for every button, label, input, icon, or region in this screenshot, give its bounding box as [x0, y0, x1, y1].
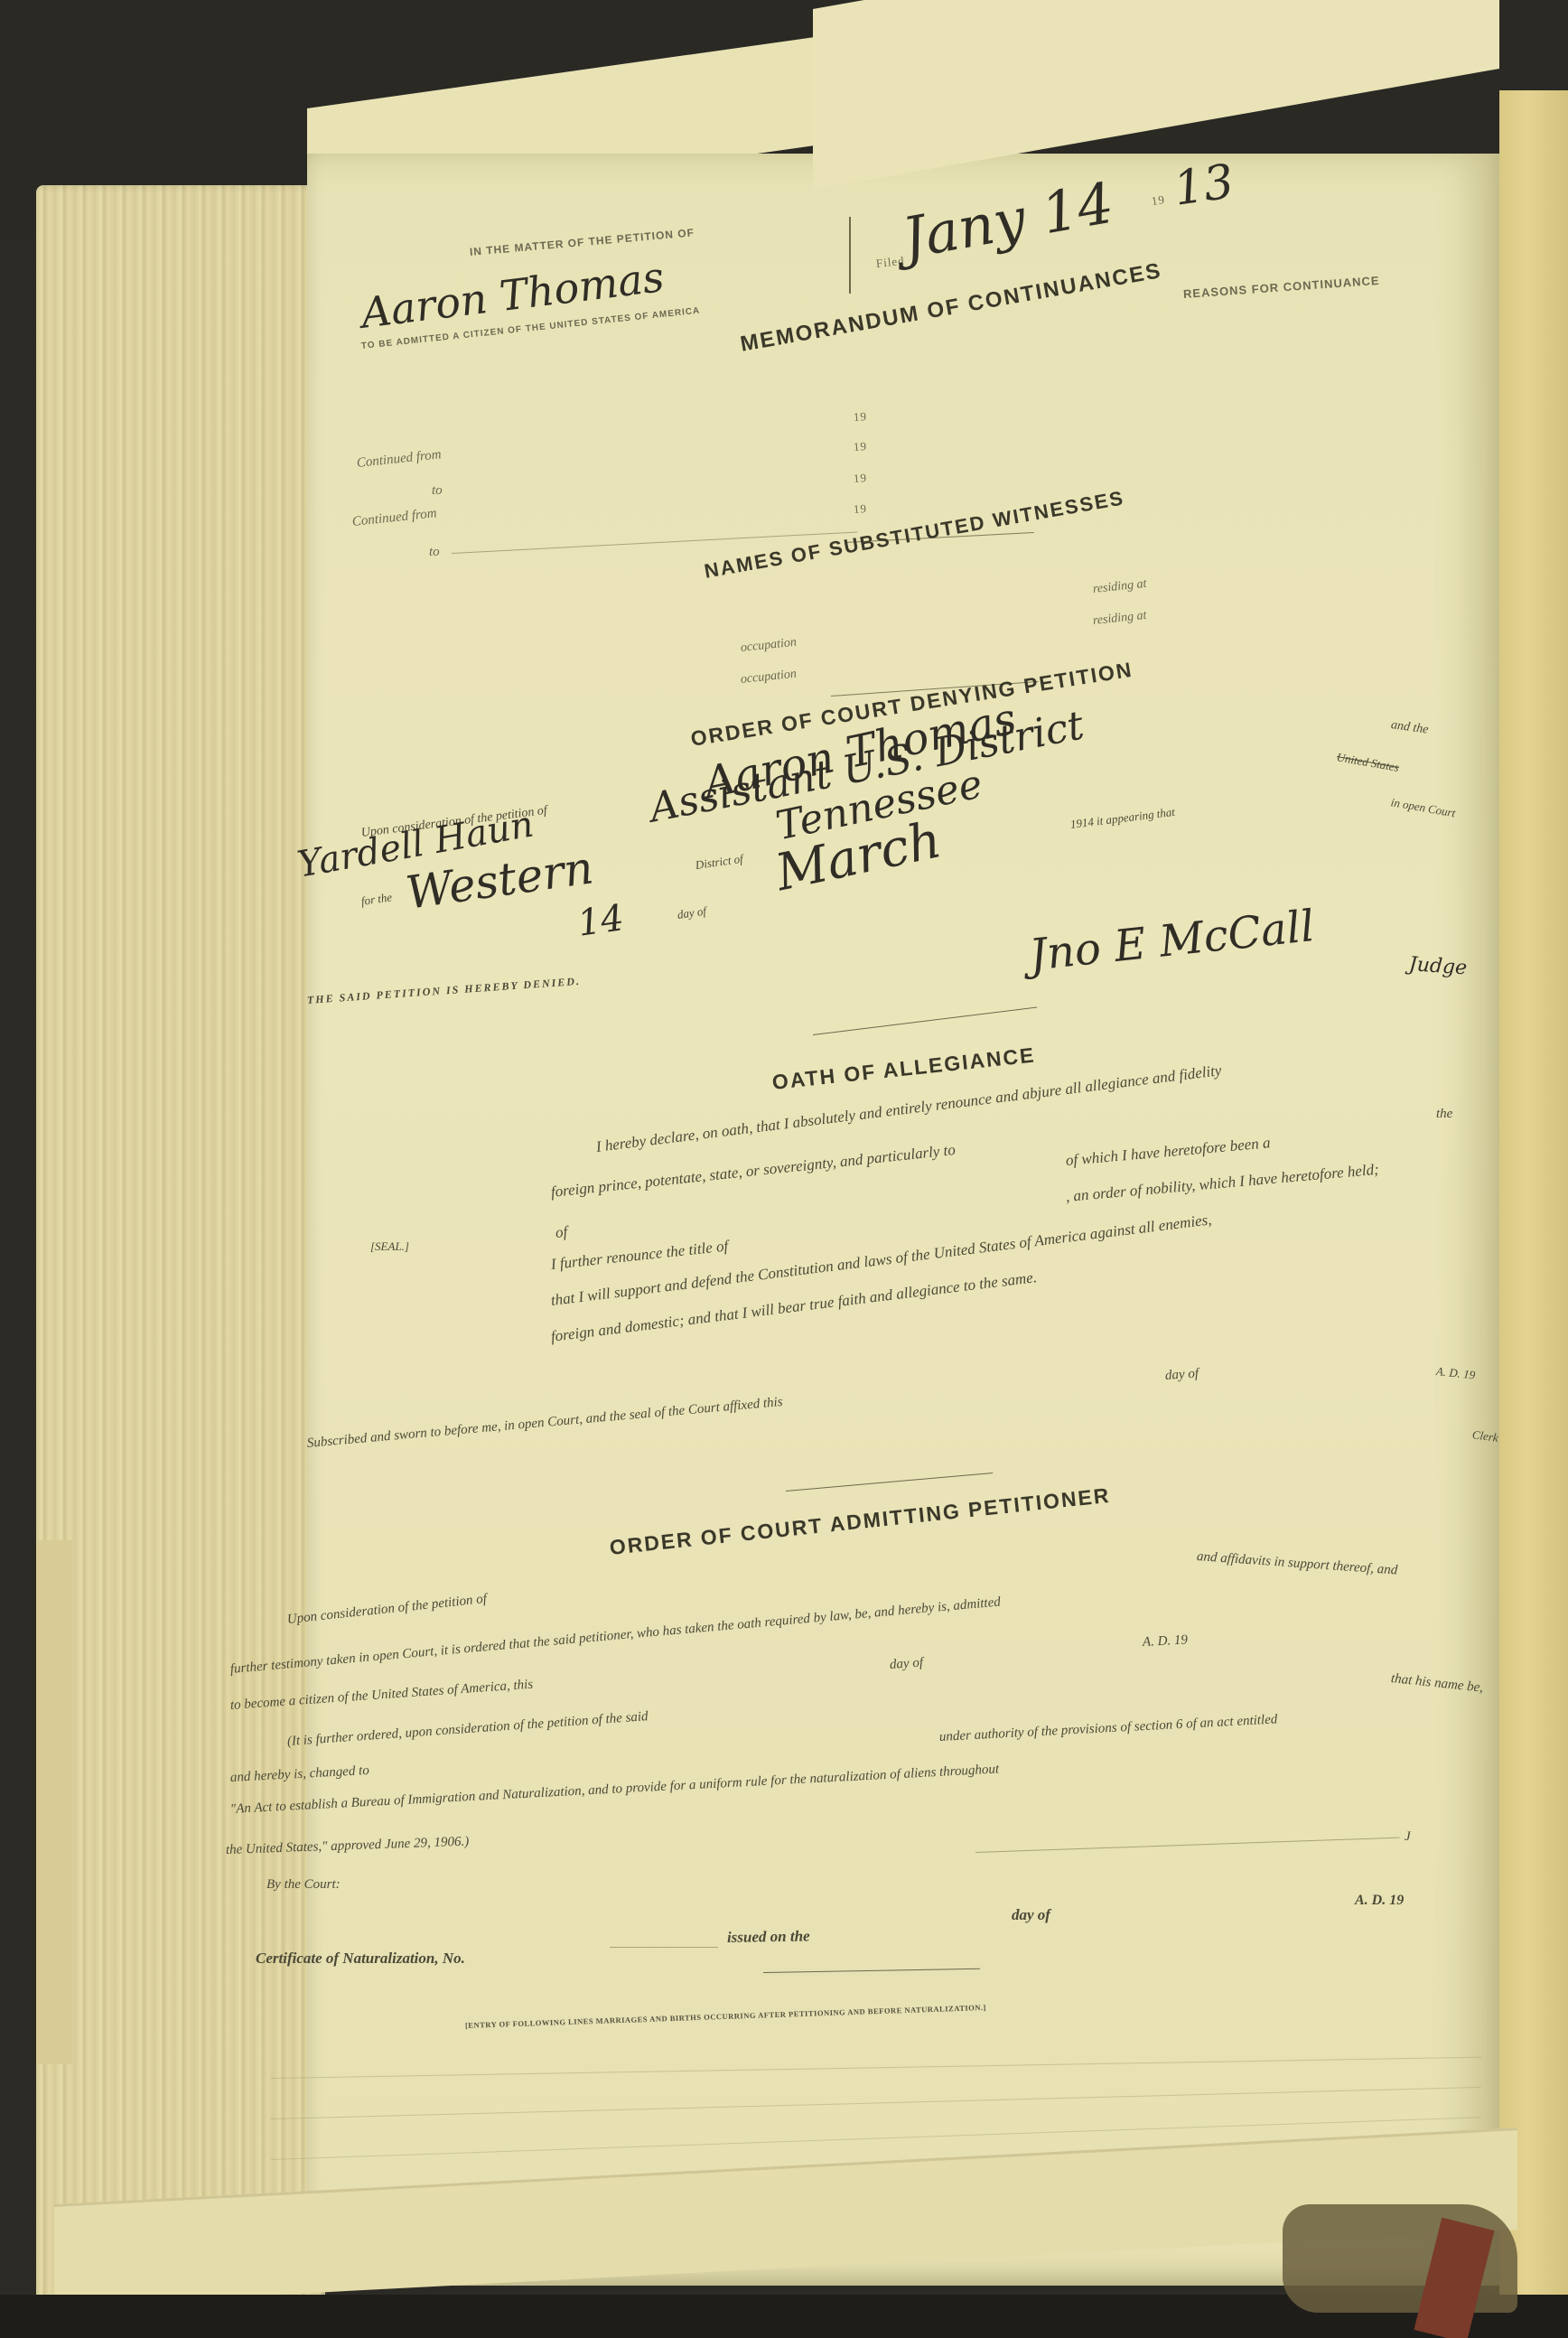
filed-year-prefix: 19 — [1151, 192, 1166, 209]
memorandum-title: MEMORANDUM OF CONTINUANCES — [739, 258, 1164, 358]
admitting-line-4: (It is further ordered, upon considerati… — [286, 1709, 649, 1750]
subscribed-ad: A. D. 19 — [1435, 1364, 1476, 1382]
admitting-line-1: Upon consideration of the petition of — [286, 1592, 488, 1628]
oath-line-1-end: the — [1436, 1107, 1452, 1122]
admitting-line-7: the United States," approved June 29, 19… — [226, 1835, 470, 1858]
admitting-line-4-end: that his name be, — [1390, 1671, 1484, 1697]
continuance-year-1: 19 — [853, 409, 867, 425]
to-label-1: to — [432, 483, 443, 499]
oath-short-rule — [786, 1473, 993, 1492]
residing-at-label-1: residing at — [1092, 577, 1147, 597]
by-the-court-label: By the Court: — [266, 1877, 341, 1893]
to-label-2: to — [429, 545, 440, 560]
certificate-day-label: day of — [1012, 1906, 1050, 1924]
judge-signature: Jno E McCall — [1027, 901, 1317, 981]
signature-rule — [813, 1007, 1037, 1035]
denying-for-the-label: for the — [360, 890, 393, 909]
filed-year-handwritten: 13 — [1171, 154, 1237, 217]
certificate-short-rule — [763, 1969, 980, 1973]
judge-label: J — [1405, 1829, 1411, 1845]
footer-instruction-note: [ENTRY OF FOLLOWING LINES MARRIAGES AND … — [465, 2003, 986, 2030]
document-content: IN THE MATTER OF THE PETITION OF Aaron T… — [0, 0, 1568, 2338]
residing-at-label-2: residing at — [1092, 609, 1147, 629]
oath-line-2-end: of which I have heretofore been a — [1065, 1134, 1271, 1170]
district-of-label: District of — [695, 852, 744, 873]
filed-label: Filed — [875, 254, 905, 271]
petition-denied-text: THE SAID PETITION IS HEREBY DENIED. — [306, 975, 581, 1007]
oath-title: OATH OF ALLEGIANCE — [771, 1043, 1037, 1094]
occupation-label-2: occupation — [740, 668, 798, 687]
day-of-label: day of — [677, 904, 707, 922]
denying-line4-end: 1914 it appearing that — [1069, 805, 1176, 832]
admitting-line-3: to become a citizen of the United States… — [229, 1678, 533, 1714]
denying-line1-end: and the — [1390, 718, 1429, 738]
subscribed-text: Subscribed and sworn to before me, in op… — [306, 1395, 783, 1452]
header-divider — [849, 217, 851, 294]
subscribed-day-label: day of — [1164, 1366, 1199, 1384]
continuance-year-3: 19 — [853, 471, 867, 486]
certificate-issued-label: issued on the — [727, 1927, 810, 1947]
day-handwritten: 14 — [575, 897, 627, 945]
judge-suffix: Judge — [1408, 953, 1468, 979]
witnesses-title: NAMES OF SUBSTITUTED WITNESSES — [703, 486, 1126, 584]
judge-signature-line — [975, 1838, 1400, 1853]
clerk-label: Clerk — [1471, 1427, 1499, 1445]
denying-line2-end: United States — [1336, 750, 1400, 775]
continued-from-label-2: Continued from — [351, 506, 437, 530]
admitting-title: ORDER OF COURT ADMITTING PETITIONER — [609, 1483, 1112, 1560]
certificate-label: Certificate of Naturalization, No. — [256, 1950, 465, 1968]
admitting-line-1-end: and affidavits in support thereof, and — [1196, 1549, 1397, 1578]
certificate-ad-label: A. D. 19 — [1355, 1893, 1404, 1909]
oath-line-3: of — [555, 1223, 568, 1242]
admitting-line-5-end: under authority of the provisions of sec… — [939, 1712, 1278, 1745]
admitting-line-3-day-label: day of — [889, 1655, 923, 1673]
reasons-for-continuance-label: REASONS FOR CONTINUANCE — [1182, 274, 1380, 301]
denying-line3-end: in open Court — [1390, 795, 1457, 820]
admitting-line-5: and hereby is, changed to — [230, 1763, 370, 1786]
oath-line-3-end: , an order of nobility, which I have her… — [1065, 1161, 1379, 1206]
oath-line-4: I further renounce the title of — [550, 1237, 729, 1274]
entry-line-1 — [271, 2057, 1481, 2079]
entry-line-2 — [271, 2087, 1481, 2119]
continuance-year-2: 19 — [853, 439, 867, 454]
continuance-year-4: 19 — [853, 501, 867, 517]
certificate-number-field[interactable] — [610, 1947, 718, 1948]
entry-line-3 — [271, 2117, 1480, 2160]
filed-date-handwritten: Jany 14 — [898, 170, 1118, 272]
continued-from-label-1: Continued from — [356, 447, 442, 472]
admitting-line-3-ad: A. D. 19 — [1143, 1632, 1189, 1651]
occupation-label-1: occupation — [740, 636, 798, 656]
seal-label: [SEAL.] — [370, 1239, 409, 1254]
matter-label: IN THE MATTER OF THE PETITION OF — [469, 226, 695, 258]
